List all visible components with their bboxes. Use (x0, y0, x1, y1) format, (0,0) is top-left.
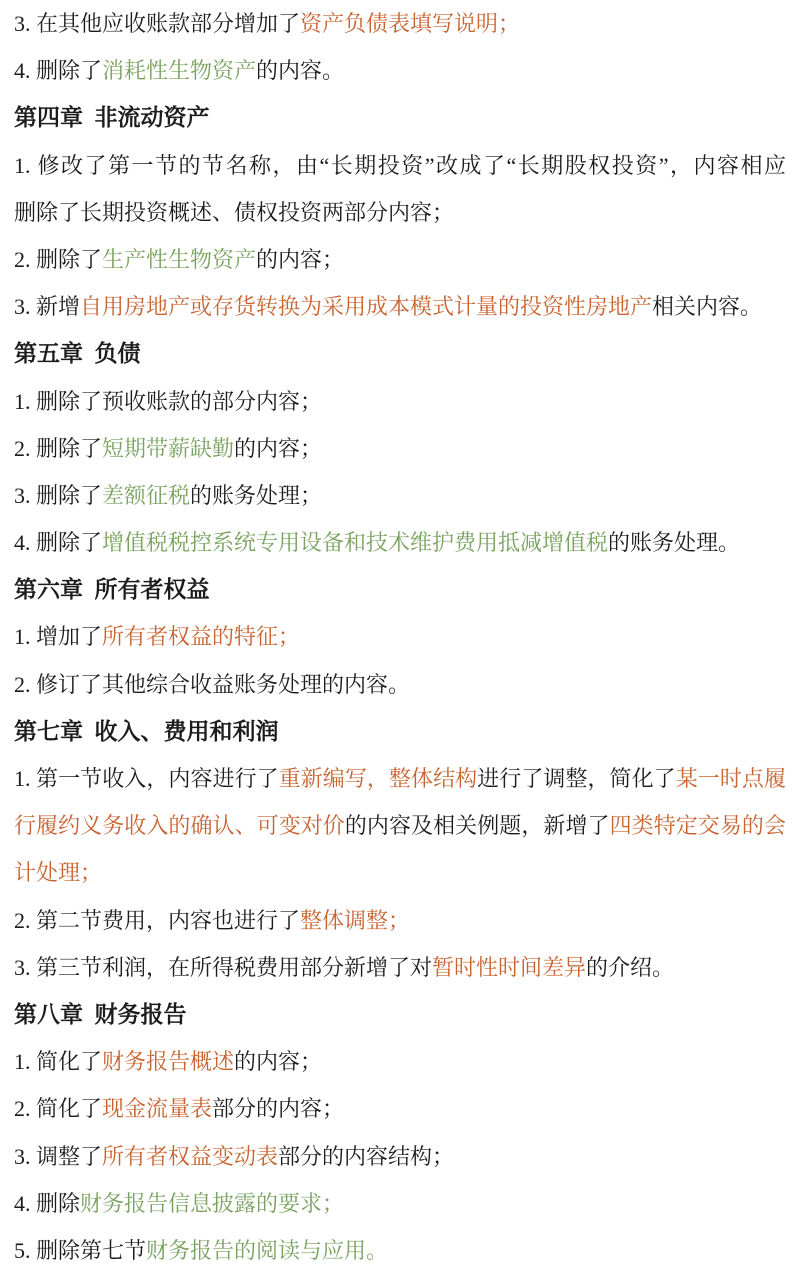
text-segment-black: 2. 第二节费用，内容也进行了 (14, 908, 300, 933)
text-segment-green: 差额征税 (102, 483, 190, 508)
chapter-heading: 第八章 财务报告 (14, 991, 786, 1038)
paragraph-line: 3. 删除了差额征税的账务处理； (14, 472, 786, 519)
paragraph-line: 4. 删除了消耗性生物资产的内容。 (14, 47, 786, 94)
paragraph-line: 3. 第三节利润，在所得税费用部分新增了对暂时性时间差异的介绍。 (14, 944, 786, 991)
text-segment-black: 3. 新增 (14, 294, 80, 319)
text-segment-black: 的介绍。 (586, 955, 674, 980)
paragraph-line: 计处理； (14, 849, 786, 896)
chapter-heading: 第五章 负债 (14, 330, 786, 377)
text-segment-black: 1. 修改了第一节的节名称，由“长期投资”改成了“长期股权投资”，内容相应 (14, 153, 786, 178)
text-segment-black: 2. 删除了 (14, 436, 102, 461)
text-segment-black: 3. 第三节利润，在所得税费用部分新增了对 (14, 955, 432, 980)
text-segment-black: 的内容； (234, 436, 322, 461)
text-segment-black: 1. 增加了 (14, 624, 102, 649)
text-segment-green: 短期带薪缺勤 (102, 436, 234, 461)
text-segment-black: 的内容； (234, 1049, 322, 1074)
paragraph-line: 2. 删除了短期带薪缺勤的内容； (14, 425, 786, 472)
text-segment-black: 4. 删除 (14, 1191, 80, 1216)
text-segment-black: 2. 删除了 (14, 247, 102, 272)
text-segment-orange: 暂时性时间差异 (432, 955, 586, 980)
text-segment-orange: 计处理； (14, 860, 102, 885)
text-segment-black: 的账务处理。 (608, 530, 740, 555)
text-segment-black: 第五章 负债 (14, 341, 141, 366)
text-segment-black: 第七章 收入、费用和利润 (14, 719, 279, 744)
document-page: 3. 在其他应收账款部分增加了资产负债表填写说明；4. 删除了消耗性生物资产的内… (0, 0, 800, 1275)
text-segment-orange: 自用房地产或存货转换为采用成本模式计量的投资性房地产 (80, 294, 652, 319)
text-segment-orange: 现金流量表 (102, 1096, 212, 1121)
text-segment-orange: 重新编写，整体结构 (279, 766, 478, 791)
text-segment-black: 相关内容。 (652, 294, 762, 319)
text-segment-orange: 所有者权益的特征； (102, 624, 300, 649)
text-segment-black: 第六章 所有者权益 (14, 577, 210, 602)
text-segment-black: 的内容。 (256, 58, 344, 83)
text-segment-black: 3. 在其他应收账款部分增加了 (14, 11, 300, 36)
paragraph-line: 5. 删除第七节财务报告的阅读与应用。 (14, 1227, 786, 1274)
paragraph-line: 3. 在其他应收账款部分增加了资产负债表填写说明； (14, 0, 786, 47)
paragraph-line: 删除了长期投资概述、债权投资两部分内容； (14, 189, 786, 236)
paragraph-line: 4. 删除财务报告信息披露的要求； (14, 1180, 786, 1227)
text-segment-black: 第八章 财务报告 (14, 1002, 187, 1027)
paragraph-line: 行履约义务收入的确认、可变对价的内容及相关例题，新增了四类特定交易的会 (14, 802, 786, 849)
text-segment-black: 4. 删除了 (14, 58, 102, 83)
text-segment-orange: 四类特定交易的会 (610, 813, 786, 838)
chapter-heading: 第六章 所有者权益 (14, 566, 786, 613)
text-segment-black: 4. 删除了 (14, 530, 102, 555)
text-segment-black: 3. 删除了 (14, 483, 102, 508)
text-segment-black: 2. 简化了 (14, 1096, 102, 1121)
text-segment-orange: 某一时点履 (676, 766, 786, 791)
text-segment-green: 财务报告的阅读与应用。 (146, 1238, 388, 1263)
text-segment-black: 的内容； (256, 247, 344, 272)
text-segment-black: 部分的内容结构； (278, 1144, 454, 1169)
text-segment-orange: 整体调整； (300, 908, 410, 933)
text-segment-black: 的内容及相关例题，新增了 (345, 813, 610, 838)
chapter-heading: 第四章 非流动资产 (14, 94, 786, 141)
text-segment-green: 财务报告信息披露的要求； (80, 1191, 344, 1216)
text-segment-orange: 财务报告概述 (102, 1049, 234, 1074)
paragraph-line: 1. 修改了第一节的节名称，由“长期投资”改成了“长期股权投资”，内容相应 (14, 142, 786, 189)
paragraph-line: 2. 简化了现金流量表部分的内容； (14, 1085, 786, 1132)
text-segment-black: 进行了调整，简化了 (477, 766, 676, 791)
text-segment-black: 第四章 非流动资产 (14, 105, 210, 130)
text-segment-black: 1. 删除了预收账款的部分内容； (14, 389, 322, 414)
text-segment-orange: 资产负债表填写说明； (300, 11, 520, 36)
paragraph-line: 2. 修订了其他综合收益账务处理的内容。 (14, 661, 786, 708)
text-segment-green: 增值税税控系统专用设备和技术维护费用抵减增值税 (102, 530, 608, 555)
text-segment-orange: 所有者权益变动表 (102, 1144, 278, 1169)
chapter-heading: 第七章 收入、费用和利润 (14, 708, 786, 755)
text-segment-black: 1. 第一节收入，内容进行了 (14, 766, 279, 791)
paragraph-line: 3. 调整了所有者权益变动表部分的内容结构； (14, 1133, 786, 1180)
text-segment-black: 的账务处理； (190, 483, 322, 508)
text-segment-black: 删除了长期投资概述、债权投资两部分内容； (14, 200, 454, 225)
paragraph-line: 3. 新增自用房地产或存货转换为采用成本模式计量的投资性房地产相关内容。 (14, 283, 786, 330)
text-segment-black: 1. 简化了 (14, 1049, 102, 1074)
paragraph-line: 4. 删除了增值税税控系统专用设备和技术维护费用抵减增值税的账务处理。 (14, 519, 786, 566)
text-segment-orange: 行履约义务收入的确认、可变对价 (14, 813, 345, 838)
text-segment-black: 2. 修订了其他综合收益账务处理的内容。 (14, 672, 410, 697)
paragraph-line: 2. 删除了生产性生物资产的内容； (14, 236, 786, 283)
paragraph-line: 1. 增加了所有者权益的特征； (14, 613, 786, 660)
text-segment-black: 3. 调整了 (14, 1144, 102, 1169)
paragraph-line: 1. 简化了财务报告概述的内容； (14, 1038, 786, 1085)
text-segment-black: 部分的内容； (212, 1096, 344, 1121)
paragraph-line: 1. 删除了预收账款的部分内容； (14, 378, 786, 425)
paragraph-line: 2. 第二节费用，内容也进行了整体调整； (14, 897, 786, 944)
text-segment-green: 生产性生物资产 (102, 247, 256, 272)
paragraph-line: 1. 第一节收入，内容进行了重新编写，整体结构进行了调整，简化了某一时点履 (14, 755, 786, 802)
text-segment-green: 消耗性生物资产 (102, 58, 256, 83)
text-segment-black: 5. 删除第七节 (14, 1238, 146, 1263)
